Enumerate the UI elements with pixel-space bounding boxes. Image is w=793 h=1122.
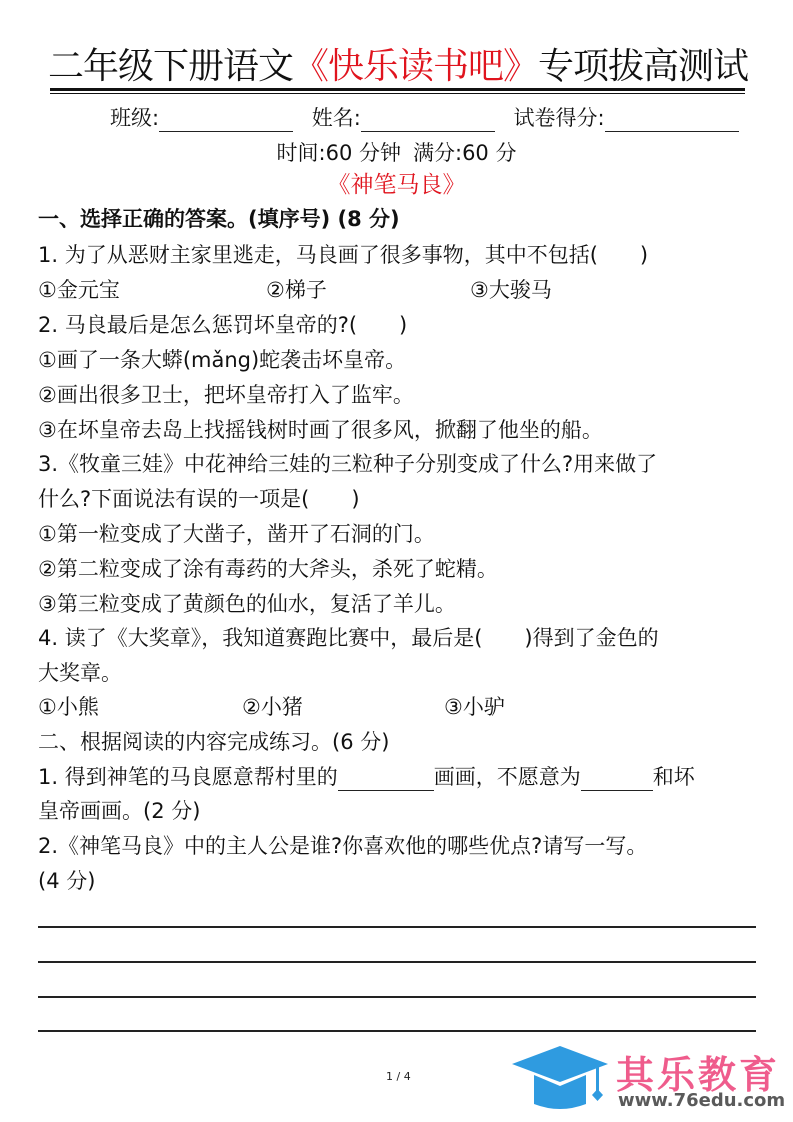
score-field[interactable] — [605, 109, 739, 132]
class-label: 班级: — [110, 104, 159, 132]
fill-blank-2[interactable] — [581, 768, 653, 791]
question-4-options: ①小熊 ②小猪 ③小驴 — [38, 693, 758, 721]
option: ③大骏马 — [470, 276, 552, 304]
question-1-options: ①金元宝 ②梯子 ③大骏马 — [38, 276, 758, 304]
q1-text-2: 画画，不愿意为 — [434, 765, 581, 789]
student-info-row: 班级: 姓名: 试卷得分: — [110, 104, 739, 132]
book-subtitle: 《神笔马良》 — [0, 170, 793, 200]
option: ②第二粒变成了涂有毒药的大斧头，杀死了蛇精。 — [38, 555, 758, 583]
score-label: 试卷得分: — [514, 104, 605, 132]
q1-text-3: 和坏 — [653, 765, 695, 789]
option: ③第三粒变成了黄颜色的仙水，复活了羊儿。 — [38, 590, 758, 618]
title-prefix: 二年级下册语文 — [48, 46, 293, 87]
answer-line[interactable] — [38, 996, 756, 998]
section2-question-2-cont: (4 分) — [38, 867, 758, 895]
fill-blank-1[interactable] — [338, 768, 434, 791]
full-score: 满分:60 分 — [413, 141, 516, 165]
name-label: 姓名: — [312, 104, 361, 132]
title-highlight: 《快乐读书吧》 — [293, 46, 538, 87]
section2-heading: 二、根据阅读的内容完成练习。(6 分) — [38, 728, 758, 756]
graduation-cap-icon — [510, 1042, 610, 1122]
option: ③小驴 — [444, 693, 505, 721]
time-limit: 时间:60 分钟 — [277, 141, 401, 165]
option: ①小熊 — [38, 693, 99, 721]
title-divider-thin — [50, 93, 745, 94]
name-field[interactable] — [361, 109, 495, 132]
option: ②梯子 — [266, 276, 327, 304]
page-number: 1 / 4 — [386, 1070, 411, 1083]
brand-logo: 其乐教育 www.76edu.com — [510, 1042, 793, 1122]
section2-question-1-cont: 皇帝画画。(2 分) — [38, 797, 758, 825]
question-4-cont: 大奖章。 — [38, 659, 758, 687]
option: ①画了一条大蟒(mǎng)蛇袭击坏皇帝。 — [38, 346, 758, 374]
title-suffix: 专项拔高测试 — [538, 46, 748, 87]
question-3-cont: 什么?下面说法有误的一项是( ) — [38, 485, 758, 513]
option: ③在坏皇帝去岛上找摇钱树时画了很多风，掀翻了他坐的船。 — [38, 416, 758, 444]
option: ①金元宝 — [38, 276, 120, 304]
question-4: 4. 读了《大奖章》，我知道赛跑比赛中，最后是( )得到了金色的 — [38, 624, 758, 652]
q1-text-1: 1. 得到神笔的马良愿意帮村里的 — [38, 765, 338, 789]
answer-line[interactable] — [38, 1030, 756, 1032]
class-field[interactable] — [159, 109, 293, 132]
brand-url: www.76edu.com — [618, 1090, 785, 1111]
page-title: 二年级下册语文《快乐读书吧》专项拔高测试 — [48, 44, 748, 90]
question-3: 3.《牧童三娃》中花神给三娃的三粒种子分别变成了什么?用来做了 — [38, 450, 758, 478]
exam-meta: 时间:60 分钟满分:60 分 — [0, 139, 793, 167]
question-1: 1. 为了从恶财主家里逃走，马良画了很多事物，其中不包括( ) — [38, 241, 758, 269]
option: ②小猪 — [242, 693, 303, 721]
section2-question-2: 2.《神笔马良》中的主人公是谁?你喜欢他的哪些优点?请写一写。 — [38, 832, 758, 860]
option: ①第一粒变成了大凿子，凿开了石洞的门。 — [38, 520, 758, 548]
answer-line[interactable] — [38, 926, 756, 928]
section2-question-1: 1. 得到神笔的马良愿意帮村里的画画，不愿意为和坏 — [38, 763, 758, 791]
title-divider-thick — [50, 88, 745, 91]
answer-line[interactable] — [38, 961, 756, 963]
option: ②画出很多卫士，把坏皇帝打入了监牢。 — [38, 381, 758, 409]
question-2: 2. 马良最后是怎么惩罚坏皇帝的?( ) — [38, 311, 758, 339]
section1-heading: 一、选择正确的答案。(填序号) (8 分) — [38, 205, 758, 233]
